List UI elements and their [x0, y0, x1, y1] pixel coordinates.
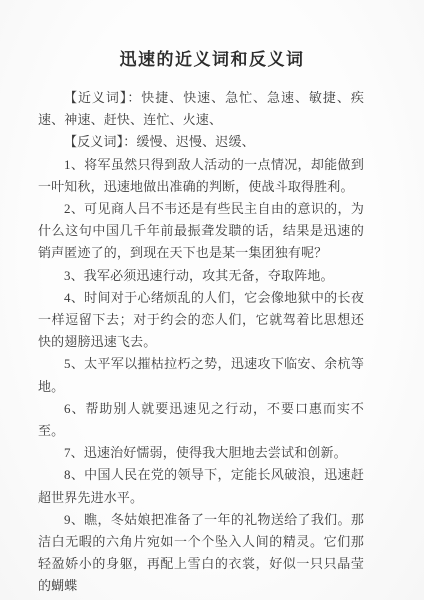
example-sentence-9: 9、瞧，冬姑娘把准备了一年的礼物送给了我们。那洁白无暇的六角片宛如一个个坠入人间…	[38, 509, 364, 598]
example-sentence-7: 7、迅速治好懦弱，使得我大胆地去尝试和创新。	[38, 442, 364, 464]
example-sentence-3: 3、我军必须迅速行动，攻其无备，夺取阵地。	[38, 265, 364, 287]
document-page: 迅速的近义词和反义词 【近义词】：快捷、快速、急忙、急速、敏捷、疾速、神速、赶快…	[0, 0, 424, 600]
antonyms-paragraph: 【反义词】：缓慢、迟慢、迟缓、	[38, 131, 364, 153]
example-sentence-8: 8、中国人民在党的领导下，定能长风破浪，迅速赶超世界先进水平。	[38, 464, 364, 508]
example-sentence-2: 2、可见商人吕不韦还是有些民主自由的意识的，为什么这句中国几千年前最振聋发聩的话…	[38, 198, 364, 265]
example-sentence-5: 5、太平军以摧枯拉朽之势，迅速攻下临安、余杭等地。	[38, 353, 364, 397]
example-sentence-4: 4、时间对于心绪烦乱的人们，它会像地狱中的长夜一样逗留下去；对于约会的恋人们，它…	[38, 287, 364, 354]
document-body: 【近义词】：快捷、快速、急忙、急速、敏捷、疾速、神速、赶快、连忙、火速、 【反义…	[0, 87, 424, 598]
synonyms-paragraph: 【近义词】：快捷、快速、急忙、急速、敏捷、疾速、神速、赶快、连忙、火速、	[38, 87, 364, 131]
example-sentence-1: 1、将军虽然只得到敌人活动的一点情况，却能做到一叶知秋，迅速地做出准确的判断，使…	[38, 154, 364, 198]
page-title: 迅速的近义词和反义词	[0, 49, 424, 70]
example-sentence-6: 6、帮助别人就要迅速见之行动，不要口惠而实不至。	[38, 398, 364, 442]
